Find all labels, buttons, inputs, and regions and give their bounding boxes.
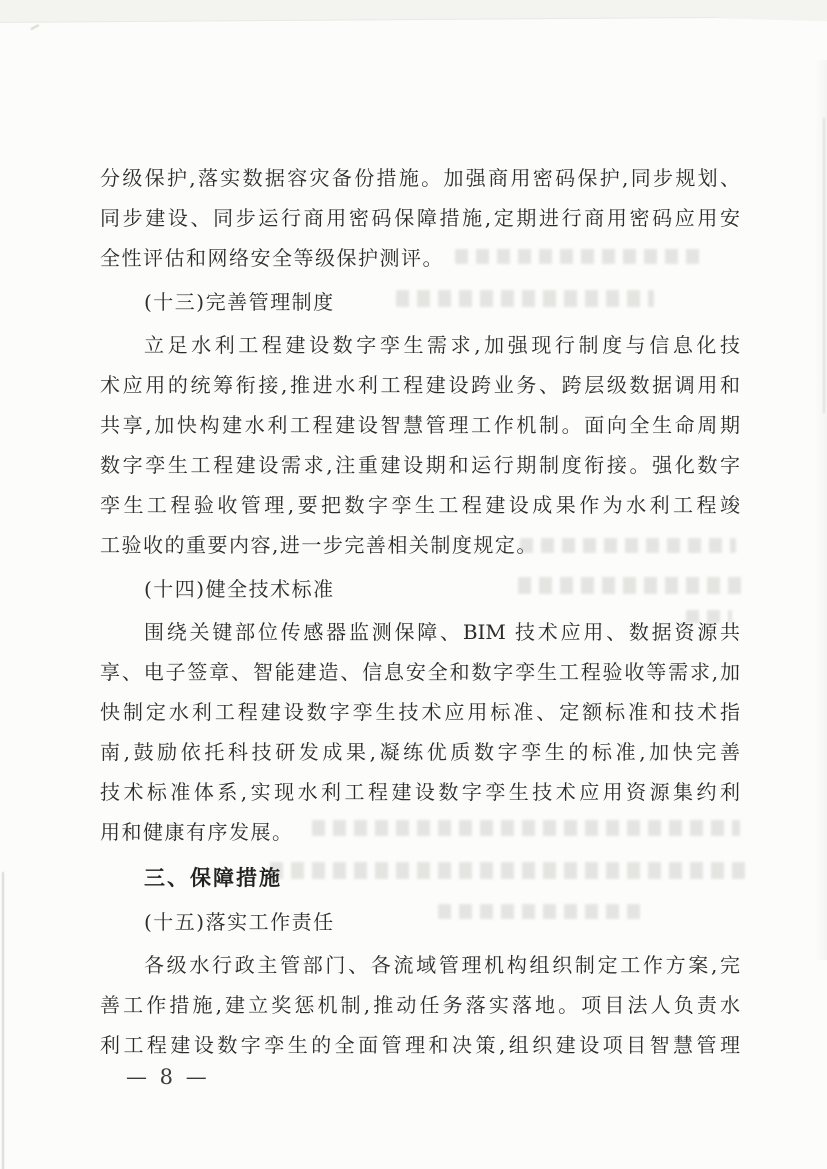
scan-right-shading bbox=[815, 60, 827, 960]
scan-top-right-notch bbox=[719, 0, 827, 22]
scan-left-edge-line bbox=[2, 872, 4, 1169]
page-number: — 8 — bbox=[126, 1062, 210, 1092]
text-line: 工验收的重要内容,进一步完善相关制度规定。 bbox=[100, 525, 740, 565]
text-line: 南,鼓励依托科技研发成果,凝练优质数字孪生的标准,加快完善 bbox=[100, 732, 740, 772]
text-line: 利工程建设数字孪生的全面管理和决策,组织建设项目智慧管理 bbox=[100, 1025, 740, 1065]
text-line: 孪生工程验收管理,要把数字孪生工程建设成果作为水利工程竣 bbox=[100, 485, 740, 525]
text-column: 分级保护,落实数据容灾备份措施。加强商用密码保护,同步规划、 同步建设、同步运行… bbox=[100, 158, 740, 1065]
text-line: 用和健康有序发展。 bbox=[100, 812, 740, 852]
text-line: (十五)落实工作责任 bbox=[100, 902, 740, 942]
text-line: 分级保护,落实数据容灾备份措施。加强商用密码保护,同步规划、 bbox=[100, 158, 740, 198]
text-line: 三、保障措施 bbox=[100, 858, 740, 898]
text-line: 同步建设、同步运行商用密码保障措施,定期进行商用密码应用安 bbox=[100, 198, 740, 238]
scan-top-edge bbox=[0, 0, 827, 23]
document-page: 分级保护,落实数据容灾备份措施。加强商用密码保护,同步规划、 同步建设、同步运行… bbox=[0, 0, 827, 1169]
text-line: 共享,加快构建水利工程建设智慧管理工作机制。面向全生命周期 bbox=[100, 405, 740, 445]
text-line: 善工作措施,建立奖惩机制,推动任务落实落地。项目法人负责水 bbox=[100, 985, 740, 1025]
scan-right-edge-line bbox=[823, 118, 825, 413]
scan-corner-mark bbox=[30, 24, 40, 33]
text-line: 术应用的统筹衔接,推进水利工程建设跨业务、跨层级数据调用和 bbox=[100, 365, 740, 405]
text-line: 快制定水利工程建设数字孪生技术应用标准、定额标准和技术指 bbox=[100, 692, 740, 732]
text-line: 立足水利工程建设数字孪生需求,加强现行制度与信息化技 bbox=[100, 325, 740, 365]
text-line: 全性评估和网络安全等级保护测评。 bbox=[100, 238, 740, 278]
text-line: 享、电子签章、智能建造、信息安全和数字孪生工程验收等需求,加 bbox=[100, 652, 740, 692]
text-line: 数字孪生工程建设需求,注重建设期和运行期制度衔接。强化数字 bbox=[100, 445, 740, 485]
text-line: (十三)完善管理制度 bbox=[100, 282, 740, 322]
text-line: (十四)健全技术标准 bbox=[100, 569, 740, 609]
text-line: 技术标准体系,实现水利工程建设数字孪生技术应用资源集约利 bbox=[100, 772, 740, 812]
text-line: 围绕关键部位传感器监测保障、BIM 技术应用、数据资源共 bbox=[100, 612, 740, 652]
text-line: 各级水行政主管部门、各流域管理机构组织制定工作方案,完 bbox=[100, 945, 740, 985]
